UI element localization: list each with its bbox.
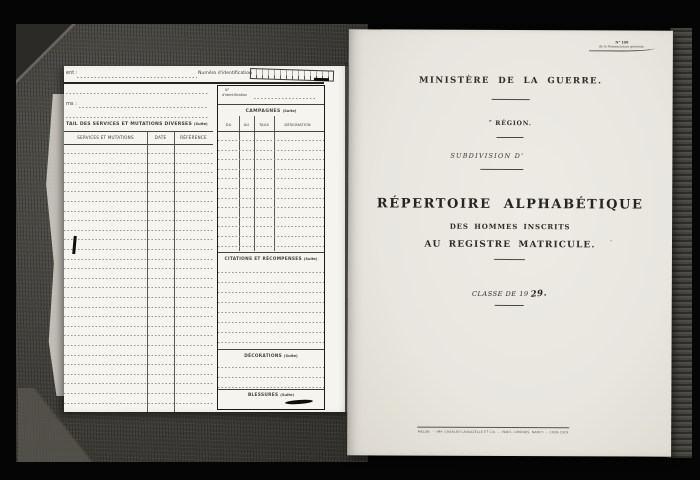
classe-handwritten-year: 29. <box>531 288 548 300</box>
rule-line <box>64 211 213 212</box>
ministry-heading: MINISTÈRE DE LA GUERRE. <box>349 75 673 86</box>
subtitle-line-2: AU REGISTRE MATRICULE. <box>348 239 672 250</box>
rule-line <box>218 282 324 283</box>
campagnes-table: N° d'identification CAMPAGNES (Suite) DU… <box>217 85 325 410</box>
rule-line <box>218 169 324 170</box>
subdivision-label: SUBDIVISION D <box>450 152 521 160</box>
rule-line <box>64 355 213 356</box>
rule-line <box>64 259 213 260</box>
rule-line <box>64 307 213 308</box>
rule-line <box>218 332 324 333</box>
rule-line <box>64 345 213 346</box>
rule-line <box>64 220 213 221</box>
suite-suffix: (Suite) <box>284 354 298 358</box>
separator-rule <box>492 99 530 100</box>
rule-line <box>218 246 324 247</box>
form-number-box: N° 109 de la Nomenclature générale. <box>589 40 655 51</box>
rule-line <box>64 249 213 250</box>
blessures-section-title: BLESSURES (Suite) <box>218 393 324 398</box>
printer-imprint: MELUN. — IMP. CHARLES-LAVAUZELLE ET Cie.… <box>393 429 593 434</box>
rule-line <box>218 217 324 218</box>
divider <box>218 252 324 253</box>
ruled-rows <box>64 153 213 412</box>
header-divider <box>64 131 213 132</box>
rule-line <box>64 191 213 192</box>
subdivision-mark: ’ <box>521 152 524 160</box>
rule-line <box>218 140 324 141</box>
rule-line <box>218 226 324 227</box>
rule-line <box>218 207 324 208</box>
rule-line <box>64 172 213 173</box>
col-taux-header: TAUX <box>254 122 274 127</box>
cutoff-label: ent : <box>66 70 77 76</box>
dotted-fill-line <box>66 117 208 118</box>
id-label: d'identification <box>222 93 247 97</box>
stray-mark: ’ <box>610 239 612 246</box>
divider <box>218 104 324 105</box>
col-date-header: DATE <box>147 135 174 140</box>
col-reference-header: RÉFÉRENCE <box>174 135 213 140</box>
rule-line <box>218 198 324 199</box>
region-label: RÉGION. <box>495 120 531 127</box>
col-au-header: AU <box>239 122 254 127</box>
ink-smudge <box>285 399 313 405</box>
rule-line <box>64 239 213 240</box>
rule-line <box>218 188 324 189</box>
citations-text: CITATIONS ET RÉCOMPENSES <box>224 257 301 262</box>
subheader-divider <box>64 144 213 145</box>
subdivision-line: SUBDIVISION D’ <box>450 152 524 160</box>
suite-suffix: (Suite) <box>283 109 297 113</box>
left-form-page: ent : Numéro d'identification ms : TAIL … <box>64 66 348 412</box>
dotted-fill-line <box>66 93 208 94</box>
imprint-rule <box>417 427 569 429</box>
scanned-register-page: ent : Numéro d'identification ms : TAIL … <box>0 0 700 480</box>
classe-line: CLASSE DE 19 29. <box>348 288 672 299</box>
id-number-label: Numéro d'identification <box>198 71 252 76</box>
table-top-border <box>64 82 324 84</box>
separator-rule <box>494 259 525 260</box>
col-designation-header: DÉSIGNATION <box>274 122 321 127</box>
classe-printed-label: CLASSE DE 19 <box>472 290 529 298</box>
rule-line <box>64 163 213 164</box>
ruled-rows <box>218 272 324 352</box>
rule-line <box>64 326 213 327</box>
rule-line <box>64 268 213 269</box>
rule-line <box>218 236 324 237</box>
rule-line <box>218 150 324 151</box>
rule-line <box>218 302 324 303</box>
campagnes-title-text: CAMPAGNES <box>246 109 281 114</box>
col-du-header: DU <box>218 122 239 127</box>
rule-line <box>218 367 324 368</box>
services-table-title: TAIL DES SERVICES ET MUTATIONS DIVERSES … <box>66 122 213 127</box>
services-title-text: TAIL DES SERVICES ET MUTATIONS DIVERSES <box>66 122 192 127</box>
right-title-page: N° 109 de la Nomenclature générale. MINI… <box>347 29 673 456</box>
divider <box>218 131 324 132</box>
rule-line <box>64 316 213 317</box>
cutoff-name-label: ms : <box>66 101 77 107</box>
separator-rule <box>480 169 523 170</box>
rule-line <box>64 383 213 384</box>
suite-suffix: (Suite) <box>304 257 318 261</box>
col-services-header: SERVICES ET MUTATIONS <box>64 135 147 140</box>
blessures-text: BLESSURES <box>248 393 278 398</box>
rule-line <box>64 153 213 154</box>
divider <box>218 349 324 350</box>
suite-suffix: (Suite) <box>280 393 294 397</box>
rule-line <box>64 393 213 394</box>
rule-line <box>218 292 324 293</box>
dotted-fill-line <box>254 98 316 99</box>
id-no-label: N° <box>225 88 229 92</box>
decorations-section-title: DÉCORATIONS (Suite) <box>218 354 324 359</box>
rule-line <box>64 278 213 279</box>
rule-line <box>218 342 324 343</box>
rule-line <box>64 182 213 183</box>
rule-line <box>218 387 324 388</box>
campagnes-title: CAMPAGNES (Suite) <box>218 109 324 114</box>
region-line: e RÉGION. <box>349 118 673 127</box>
rule-line <box>64 297 213 298</box>
rule-line <box>64 364 213 365</box>
decorations-text: DÉCORATIONS <box>244 354 282 359</box>
rule-line <box>64 201 213 202</box>
divider <box>218 389 324 390</box>
suite-suffix: (Suite) <box>194 122 208 126</box>
subtitle-line-1: DES HOMMES INSCRITS <box>348 221 672 231</box>
rule-line <box>218 377 324 378</box>
rule-line <box>64 335 213 336</box>
rule-line <box>218 178 324 179</box>
rule-line <box>218 312 324 313</box>
separator-rule <box>496 137 523 138</box>
rule-line <box>64 403 213 404</box>
rule-line <box>218 272 324 273</box>
form-number-subtitle: de la Nomenclature générale. <box>589 44 655 51</box>
rule-line <box>218 159 324 160</box>
rule-line <box>64 287 213 288</box>
ruled-rows <box>218 140 324 260</box>
main-title: RÉPERTOIRE ALPHABÉTIQUE <box>348 196 672 212</box>
ink-mark <box>314 78 329 81</box>
citations-section-title: CITATIONS ET RÉCOMPENSES (Suite) <box>218 257 324 262</box>
separator-rule <box>495 305 524 306</box>
dotted-fill-line <box>79 107 207 108</box>
region-ordinal: e <box>489 119 492 123</box>
rule-line <box>64 374 213 375</box>
rule-line <box>218 322 324 323</box>
rule-line <box>64 230 213 231</box>
dotted-fill-line <box>77 77 197 78</box>
